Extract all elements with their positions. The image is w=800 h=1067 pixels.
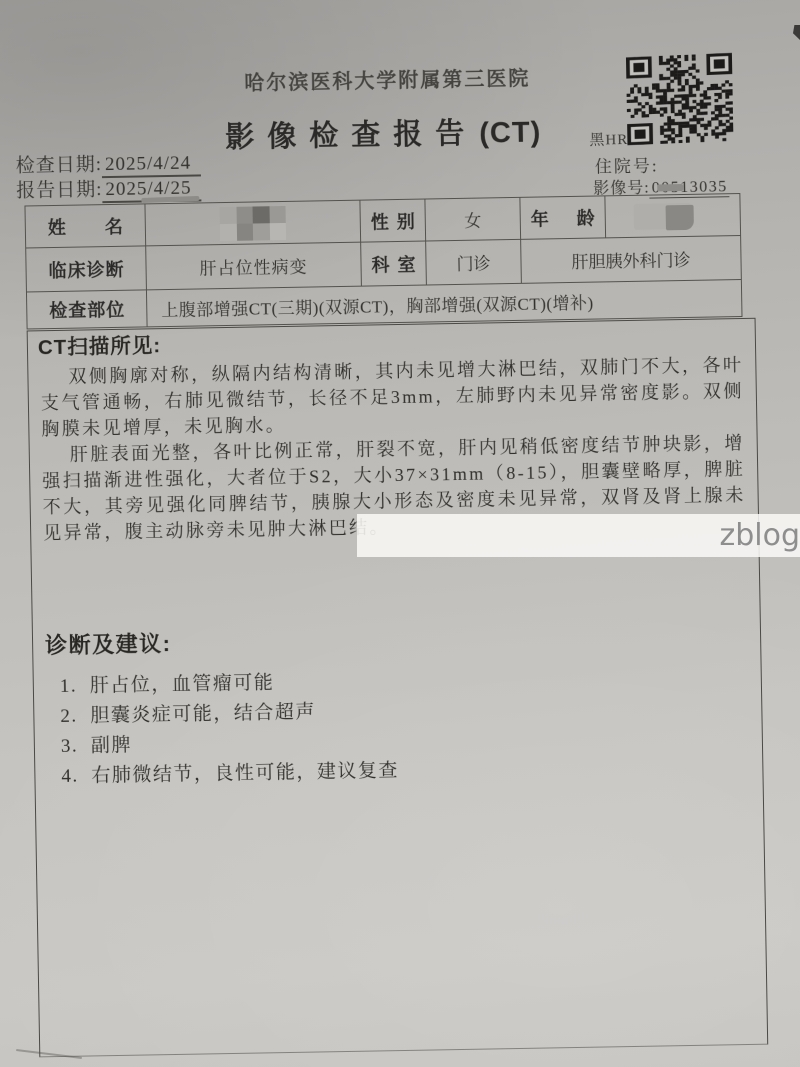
watermark-band: zblog xyxy=(357,514,800,557)
redaction-smudge xyxy=(141,196,199,203)
diagnosis-list: 1. 肝占位，血管瘤可能 2. 胆囊炎症可能，结合超声 3. 副脾 4. 右肺微… xyxy=(52,660,751,792)
clinical-diagnosis-value: 肝占位性病变 xyxy=(146,242,362,290)
report-title-suffix: (CT) xyxy=(479,116,542,149)
diagnosis-item-number: 2. xyxy=(60,701,91,732)
gender-value: 女 xyxy=(425,197,521,241)
diagnosis-item-number: 4. xyxy=(61,761,92,792)
findings-section: CT扫描所见: 双侧胸廓对称，纵隔内结构清晰，其内未见增大淋巴结，双肺门不大，各… xyxy=(27,318,769,1058)
report-date-label: 报告日期: xyxy=(16,179,103,202)
diagnosis-item-text: 肝占位，血管瘤可能 xyxy=(90,668,275,701)
diagnosis-item-number: 3. xyxy=(61,731,92,762)
watermark-text: zblog xyxy=(719,514,800,557)
department-detail-value: 肝胆胰外科门诊 xyxy=(521,236,742,284)
diagnosis-item-text: 胆囊炎症可能，结合超声 xyxy=(90,698,316,732)
patient-info-table: 姓名 性别 女 年龄 临床诊断 肝占 xyxy=(24,193,742,329)
department-value: 门诊 xyxy=(426,239,522,285)
photo-edge-mark xyxy=(793,25,800,40)
diagnosis-item-text: 右肺微结节，良性可能，建议复查 xyxy=(91,756,399,791)
findings-paragraph-chest: 双侧胸廓对称，纵隔内结构清晰，其内未见增大淋巴结，双肺门不大，各叶支气管通畅，右… xyxy=(40,352,744,442)
report-title-cn: 影像检查报告 xyxy=(225,118,478,154)
qr-code-icon xyxy=(626,53,733,146)
report-photo: 哈尔滨医科大学附属第三医院 影像检查报告(CT) 检查日期:2025/4/24 … xyxy=(0,0,800,1067)
qr-caption: 黑HR xyxy=(589,128,628,150)
diagnosis-item-text: 副脾 xyxy=(91,731,133,762)
redacted-name xyxy=(220,206,287,241)
redaction-smudge xyxy=(657,184,683,191)
department-label: 科室 xyxy=(361,241,427,286)
age-label: 年龄 xyxy=(520,196,606,239)
age-value xyxy=(605,194,741,238)
diagnosis-item-number: 1. xyxy=(60,671,91,702)
diagnosis-heading: 诊断及建议: xyxy=(45,620,748,659)
clinical-diagnosis-label: 临床诊断 xyxy=(26,246,147,292)
name-label: 姓名 xyxy=(25,204,146,248)
gender-label: 性别 xyxy=(360,199,426,242)
admission-number-label: 住院号: xyxy=(595,156,659,176)
exam-part-label: 检查部位 xyxy=(26,290,147,329)
exam-date-label: 检查日期: xyxy=(16,154,103,177)
name-value xyxy=(145,200,361,246)
redacted-age xyxy=(666,205,694,230)
